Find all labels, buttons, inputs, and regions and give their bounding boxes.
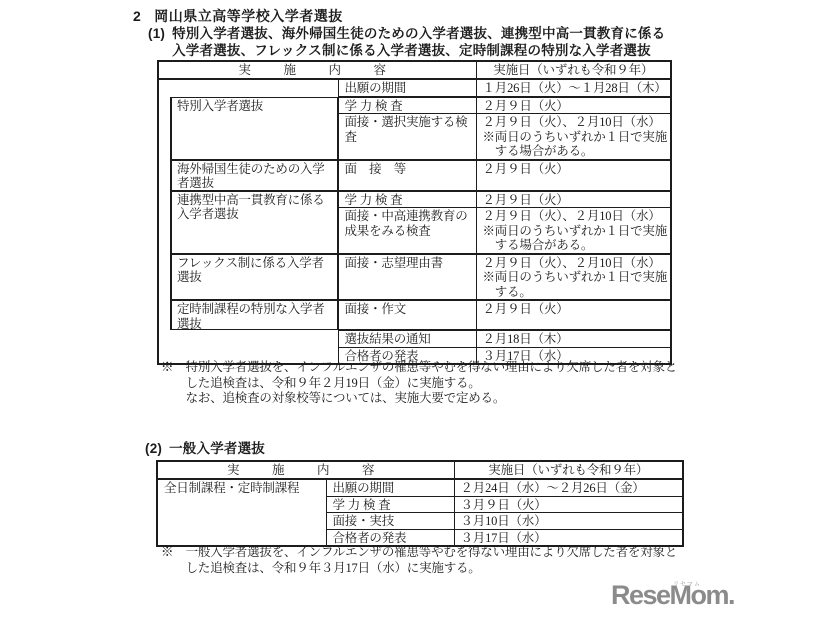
content-cell: 面接・中高連携教育の成果をみる検査 (338, 208, 476, 254)
content-cell: 選抜結果の通知 (338, 330, 476, 347)
date-cell: ２月24日（水）～２月26日（金） (454, 479, 683, 496)
header-cell-date: 実施日（いずれも令和９年） (476, 61, 671, 79)
table-row: 全日制課程・定時制課程 出願の期間 ２月24日（水）～２月26日（金） (157, 479, 683, 496)
date-cell: ２月18日（木） (476, 330, 671, 347)
general-selection-note: ※ 一般入学者選抜を、インフルエンザの罹患等やむを得ない理由により欠席した者を対… (161, 545, 706, 576)
section-title: 岡山県立高等学校入学者選抜 (154, 8, 343, 25)
table-header-row: 実 施 内 容 実施日（いずれも令和９年） (157, 461, 683, 479)
header-content-label: 実 施 内 容 (238, 63, 396, 77)
content-cell: 学 力 検 査 (338, 97, 476, 114)
category-cell: 海外帰国生徒のための入学者選抜 (158, 160, 338, 191)
category-box-special: 特別入学者選抜 (170, 97, 338, 160)
table-header-row: 実 施 内 容 実施日（いずれも令和９年） (158, 61, 671, 79)
category-cell: 特別入学者選抜 (158, 97, 338, 160)
content-cell: 合格者の発表 (326, 529, 454, 546)
category-cell-empty (158, 79, 338, 97)
category-box-combined: 連携型中高一貫教育に係る入学者選抜 (170, 191, 338, 254)
date-cell: ２月９日（火）、２月10日（水） ※両日のうちいずれか１日で実施 する。 (476, 254, 671, 301)
resemom-logo: リセマム ReseMom. (611, 580, 731, 614)
date-cell: ３月17日（水） (454, 529, 683, 546)
content-cell: 面 接 等 (338, 160, 476, 191)
subsection-2-marker: (2) (145, 441, 162, 458)
logo-kana-label: リセマム (673, 579, 701, 588)
date-cell: ２月９日（火） (476, 300, 671, 330)
content-cell: 学 力 検 査 (326, 496, 454, 513)
category-cell: フレックス制に係る入学者選抜 (158, 254, 338, 301)
category-cell: 定時制課程の特別な入学者選抜 (158, 300, 338, 330)
header-content-label: 実 施 内 容 (227, 463, 385, 477)
table-row: 出願の期間 １月26日（火）～１月28日（木） (158, 79, 671, 97)
date-cell: ３月９日（火） (454, 496, 683, 513)
date-cell: ３月10日（水） (454, 513, 683, 530)
table-row: 海外帰国生徒のための入学者選抜 面 接 等 ２月９日（火） (158, 160, 671, 191)
subsection-2-title: 一般入学者選抜 (169, 441, 265, 458)
table-row: 特別入学者選抜 学 力 検 査 ２月９日（火） (158, 97, 671, 114)
content-cell: 面接・選択実施する検査 (338, 114, 476, 160)
content-cell: 面接・実技 (326, 513, 454, 530)
subsection-2-heading: (2) 一般入学者選抜 (145, 441, 265, 458)
category-cell-fulltime-parttime: 全日制課程・定時制課程 (157, 479, 326, 546)
category-box-returnee: 海外帰国生徒のための入学者選抜 (170, 160, 338, 191)
category-box-parttime: 定時制課程の特別な入学者選抜 (170, 300, 338, 330)
content-cell: 面接・作文 (338, 300, 476, 330)
header-cell-content: 実 施 内 容 (157, 461, 454, 479)
date-cell: ２月９日（火）、２月10日（水） ※両日のうちいずれか１日で実施 する場合がある… (476, 114, 671, 160)
header-cell-date: 実施日（いずれも令和９年） (454, 461, 683, 479)
content-cell: 学 力 検 査 (338, 191, 476, 208)
table-row: 定時制課程の特別な入学者選抜 面接・作文 ２月９日（火） (158, 300, 671, 330)
content-cell: 面接・志望理由書 (338, 254, 476, 301)
table-row: フレックス制に係る入学者選抜 面接・志望理由書 ２月９日（火）、２月10日（水）… (158, 254, 671, 301)
general-selection-schedule-table: 実 施 内 容 実施日（いずれも令和９年） 全日制課程・定時制課程 出願の期間 … (156, 460, 684, 547)
table-row: 連携型中高一貫教育に係る入学者選抜 学 力 検 査 ２月９日（火） (158, 191, 671, 208)
date-cell: ２月９日（火）、２月10日（水） ※両日のうちいずれか１日で実施 する場合がある… (476, 208, 671, 254)
date-cell: ２月９日（火） (476, 160, 671, 191)
content-cell: 出願の期間 (326, 479, 454, 496)
date-cell: ２月９日（火） (476, 97, 671, 114)
special-selection-note: ※ 特別入学者選抜を、インフルエンザの罹患等やむを得ない理由により欠席した者を対… (161, 360, 706, 407)
date-cell: １月26日（火）～１月28日（木） (476, 79, 671, 97)
category-box-flex: フレックス制に係る入学者選抜 (170, 254, 338, 301)
table-row: 選抜結果の通知 ２月18日（木） (158, 330, 671, 347)
subsection-1-title: 特別入学者選抜、海外帰国生徒のための入学者選抜、連携型中高一貫教育に係る 入学者… (172, 26, 665, 59)
category-cell-empty (158, 330, 338, 347)
special-selection-schedule-table: 実 施 内 容 実施日（いずれも令和９年） 出願の期間 １月26日（火）～１月2… (157, 60, 672, 365)
section-number: 2 (133, 8, 141, 25)
date-cell: ２月９日（火） (476, 191, 671, 208)
subsection-1-heading: (1) 特別入学者選抜、海外帰国生徒のための入学者選抜、連携型中高一貫教育に係る… (148, 26, 688, 59)
section-heading: 2 岡山県立高等学校入学者選抜 (133, 8, 343, 25)
header-cell-content: 実 施 内 容 (158, 61, 476, 79)
subsection-1-marker: (1) (148, 26, 165, 59)
content-cell: 出願の期間 (338, 79, 476, 97)
category-cell: 連携型中高一貫教育に係る入学者選抜 (158, 191, 338, 254)
